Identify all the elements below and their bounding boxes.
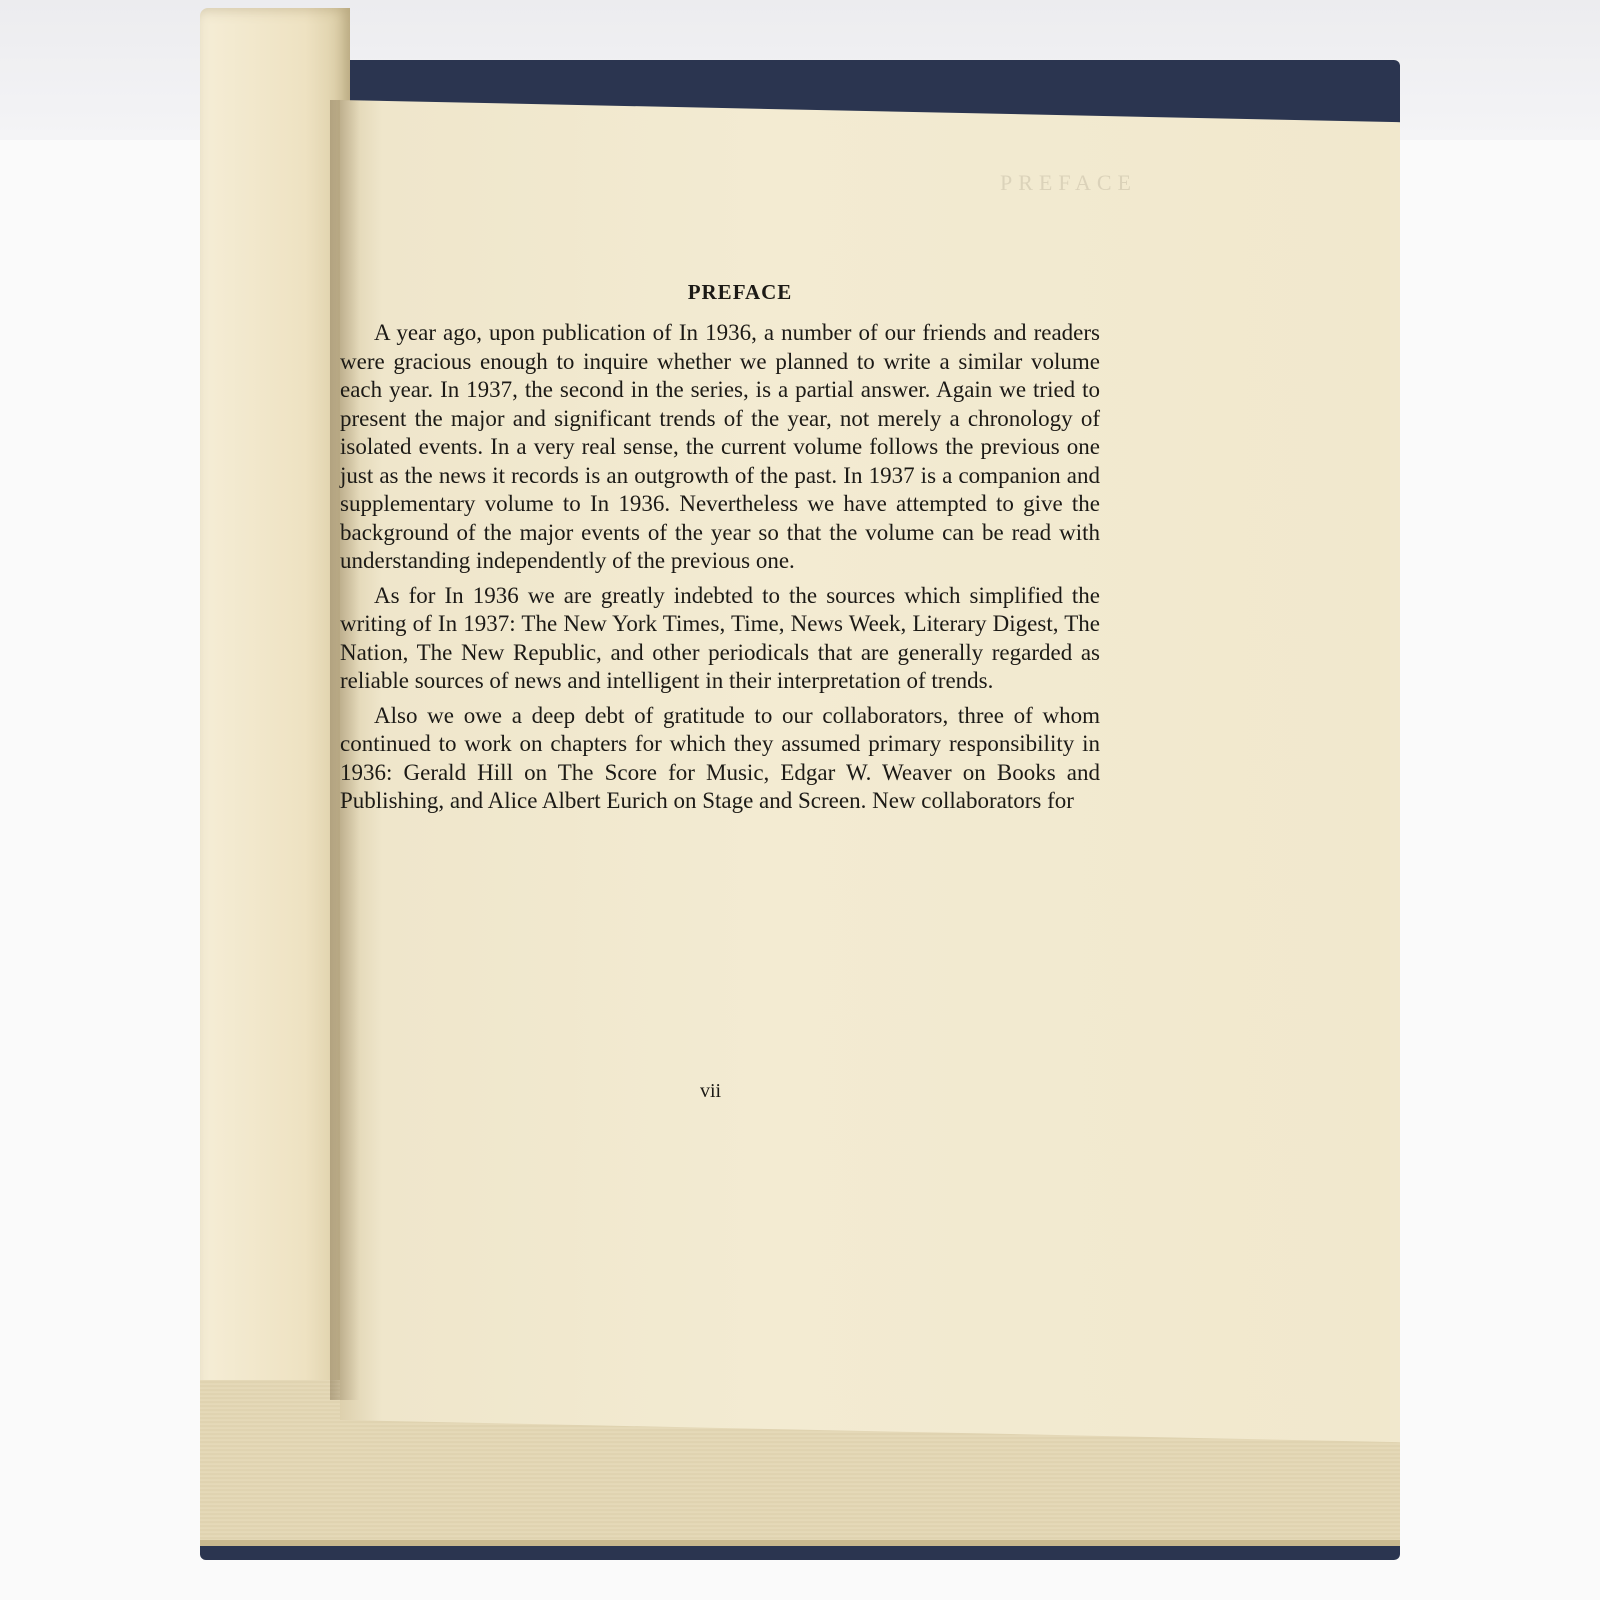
page-number: vii (700, 1080, 721, 1103)
page-content: PREFACE A year ago, upon publication of … (340, 280, 1100, 822)
paragraph-3: Also we owe a deep debt of gratitude to … (340, 702, 1100, 816)
bleed-through-text: PREFACE (1000, 170, 1137, 196)
paragraph-2: As for In 1936 we are greatly indebted t… (340, 582, 1100, 696)
page-title: PREFACE (380, 280, 1100, 305)
paragraph-1: A year ago, upon publication of In 1936,… (340, 319, 1100, 576)
left-page (200, 8, 350, 1448)
